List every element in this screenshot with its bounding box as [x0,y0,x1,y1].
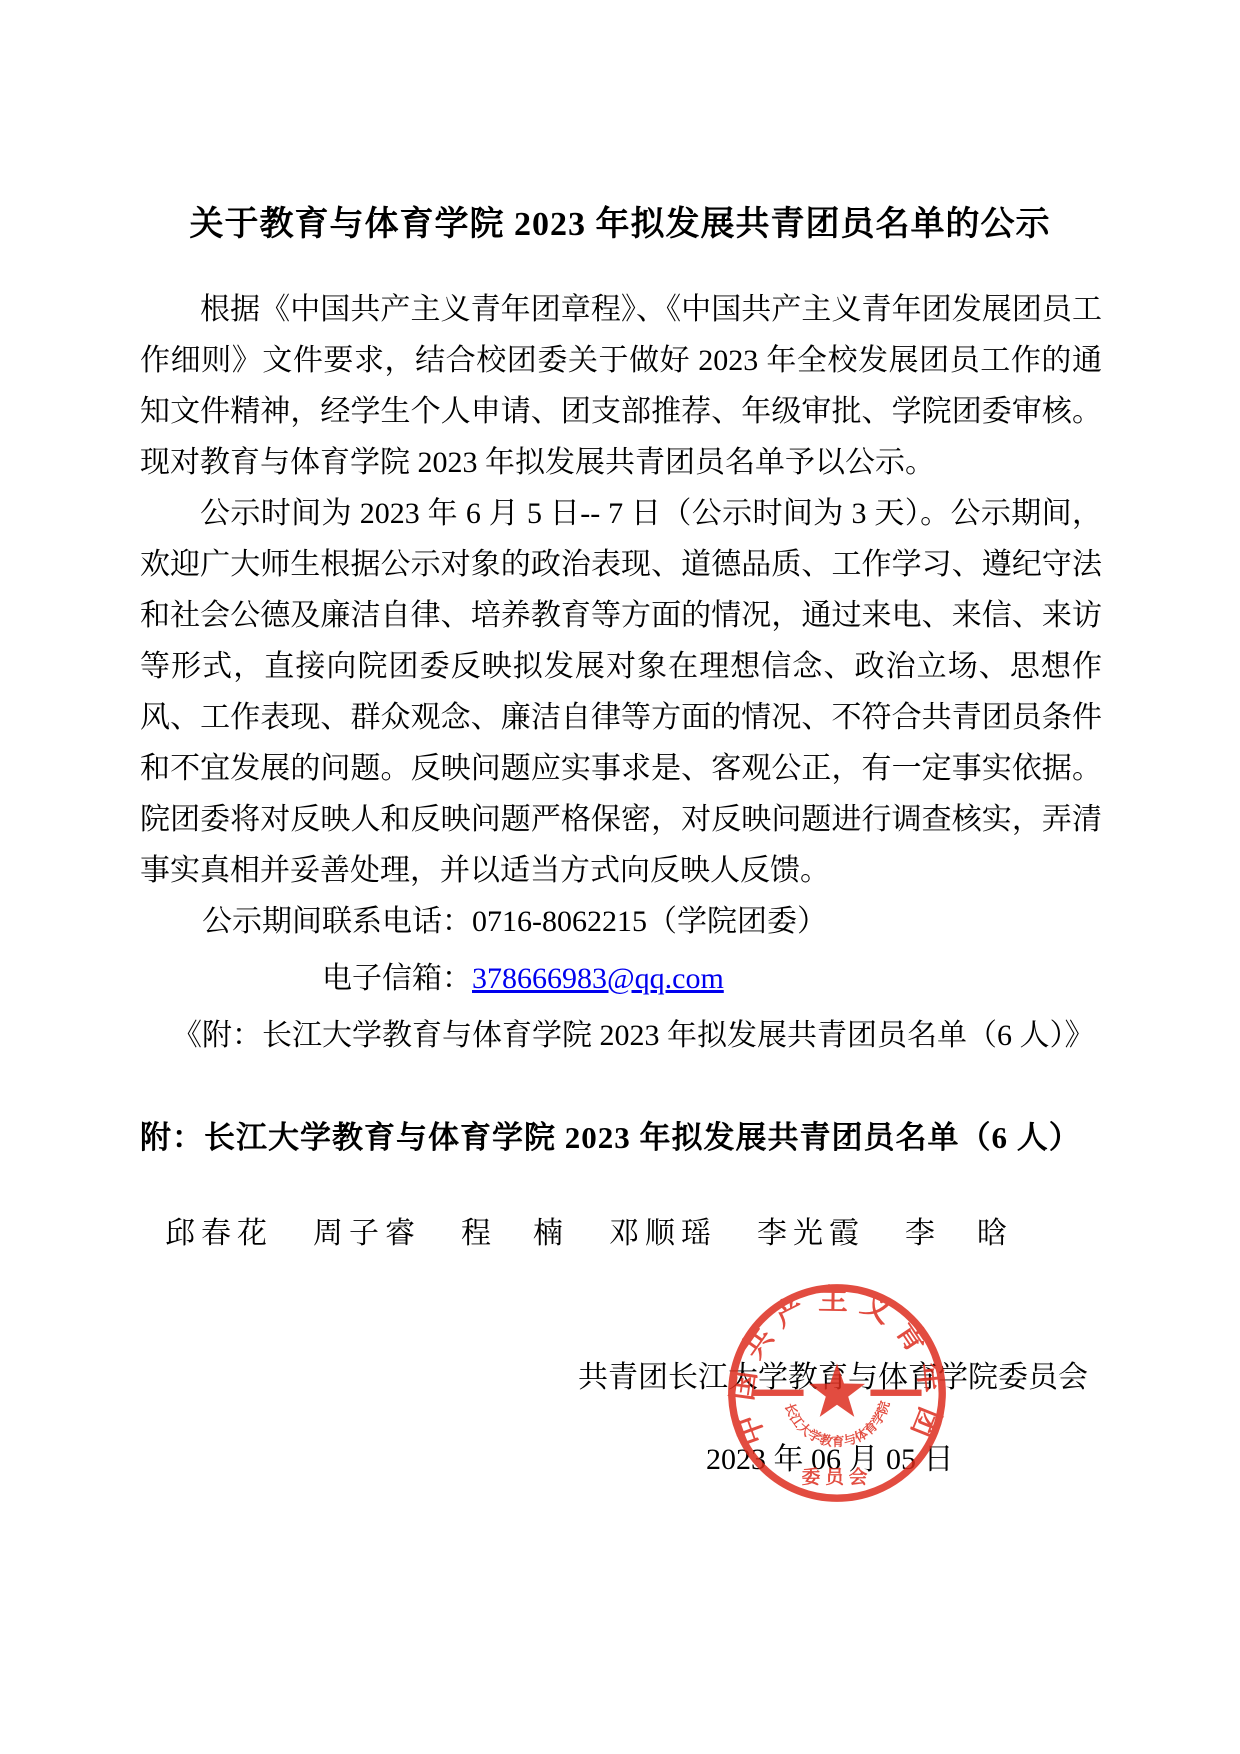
official-seal-stamp-icon: 中国共产主义青年团 长江大学教育与体育学院 委员会 [719,1275,955,1511]
contact-phone-line: 公示期间联系电话：0716-8062215（学院团委） [140,896,1102,947]
stamp-bottom-text: 委员会 [802,1466,873,1488]
document-body: 根据《中国共产主义青年团章程》、《中国共产主义青年团发展团员工作细则》文件要求，… [140,284,1102,1061]
attachment-heading: 附：长江大学教育与体育学院 2023 年拟发展共青团员名单（6 人） [140,1112,1081,1157]
member-name: 邓顺瑶 [609,1208,717,1252]
contact-email-line: 电子信箱：378666983@qq.com [140,953,1102,1004]
document-page: 关于教育与体育学院 2023 年拟发展共青团员名单的公示 根据《中国共产主义青年… [0,0,1240,1754]
email-label: 电子信箱： [322,962,472,995]
member-name: 邱春花 [165,1208,273,1252]
attachment-reference-line: 《附：长江大学教育与体育学院 2023 年拟发展共青团员名单（6 人）》 [140,1010,1102,1061]
member-name: 程 楠 [461,1208,569,1252]
stamp-star-icon [809,1364,865,1417]
member-names-list: 邱春花 周子睿 程 楠 邓顺瑶 李光霞 李 晗 [165,1208,1013,1252]
document-title: 关于教育与体育学院 2023 年拟发展共青团员名单的公示 [0,196,1240,245]
paragraph-legal-basis: 根据《中国共产主义青年团章程》、《中国共产主义青年团发展团员工作细则》文件要求，… [140,284,1102,488]
paragraph-publicity-period: 公示时间为 2023 年 6 月 5 日-- 7 日（公示时间为 3 天）。公示… [140,488,1102,896]
member-name: 李光霞 [757,1208,865,1252]
stamp-left-dash [752,1390,803,1396]
email-link[interactable]: 378666983@qq.com [472,962,724,995]
member-name: 周子睿 [313,1208,421,1252]
member-name: 李 晗 [905,1208,1013,1252]
stamp-inner-arc-text: 长江大学教育与体育学院 [782,1399,892,1449]
stamp-right-dash [870,1390,921,1396]
